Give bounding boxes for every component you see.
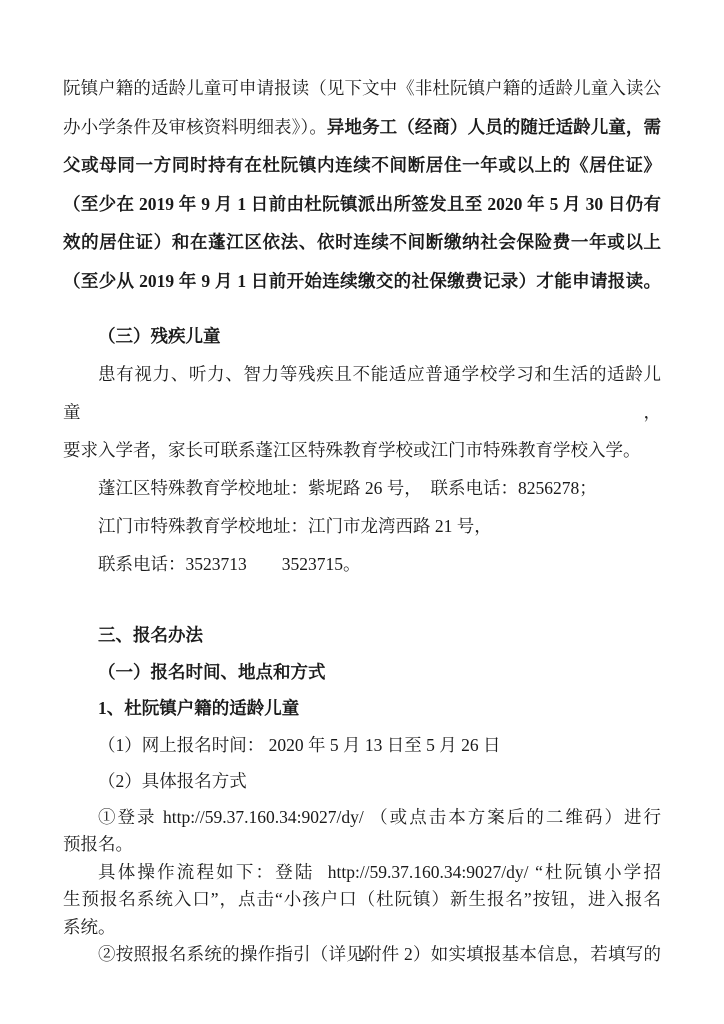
text-line: 办小学条件及审核资料明细表》）。异地务工（经商）人员的随迁适龄儿童，需 [63,108,661,147]
text-line: 江门市特殊教育学校地址：江门市龙湾西路 21 号， [63,507,661,545]
text-line: （至少从 2019 年 9 月 1 日前开始连续缴交的社保缴费记录）才能申请报读… [63,262,661,301]
text-line: （至少在 2019 年 9 月 1 日前由杜阮镇派出所签发且至 2020 年 5… [63,185,661,224]
continuation-paragraph-residence-requirements: 阮镇户籍的适龄儿童可申请报读（见下文中《非杜阮镇户籍的适龄儿童入读公办小学条件及… [63,0,661,300]
text-run: 患有视力、听力、智力等残疾且不能适应普通学校学习和生活的适龄儿童， [63,364,661,422]
text-run: 效的居住证）和在蓬江区依法、依时连续不间断缴纳社会保险费一年或以上 [63,232,661,252]
special-school-contact-info: 蓬江区特殊教育学校地址：紫坭路 26 号， 联系电话：8256278；江门市特殊… [63,469,661,583]
text-line: 联系电话：3523713 3523715。 [63,545,661,583]
text-run: （1）网上报名时间： 2020 年 5 月 13 日至 5 月 26 日 [98,735,501,755]
text-line: 系统。 [63,914,661,942]
text-line: （三）残疾儿童 [63,317,661,355]
text-run: （至少在 2019 年 9 月 1 日前由杜阮镇派出所签发且至 2020 年 5… [63,194,661,214]
text-line: 效的居住证）和在蓬江区依法、依时连续不间断缴纳社会保险费一年或以上 [63,223,661,262]
text-line: 预报名。 [63,831,661,859]
text-run: （至少从 2019 年 9 月 1 日前开始连续缴交的社保缴费记录）才能申请报读… [63,271,661,291]
text-run: 父或母同一方同时持有在杜阮镇内连续不间断居住一年或以上的《居住证》 [63,155,661,175]
document-page: { "page": { "number": "2", "background_c… [0,0,724,1024]
registration-steps-paragraphs: ①登录 http://59.37.160.34:9027/dy/ （或点击本方案… [63,800,661,969]
text-run: 办小学条件及审核资料明细表》）。 [63,117,327,137]
section-3-registration-method-headings: 三、报名办法（一）报名时间、地点和方式1、杜阮镇户籍的适龄儿童（1）网上报名时间… [63,583,661,800]
text-run: 三、报名办法 [98,625,203,645]
text-line: 父或母同一方同时持有在杜阮镇内连续不间断居住一年或以上的《居住证》 [63,146,661,185]
text-run: 生预报名系统入口”，点击“小孩户口（杜阮镇）新生报名”按钮，进入报名 [63,889,661,909]
page-footer: 2 [0,946,724,964]
text-line: （一）报名时间、地点和方式 [63,654,661,691]
text-line: 阮镇户籍的适龄儿童可申请报读（见下文中《非杜阮镇户籍的适龄儿童入读公 [63,69,661,108]
text-run: 1、杜阮镇户籍的适龄儿童 [98,698,299,718]
text-line: 蓬江区特殊教育学校地址：紫坭路 26 号， 联系电话：8256278； [63,469,661,507]
text-line: 患有视力、听力、智力等残疾且不能适应普通学校学习和生活的适龄儿童， [63,355,661,431]
text-line: 1、杜阮镇户籍的适龄儿童 [63,690,661,727]
text-run: （一）报名时间、地点和方式 [98,662,326,682]
text-run: （三）残疾儿童 [98,326,221,346]
section-disabled-children: （三）残疾儿童患有视力、听力、智力等残疾且不能适应普通学校学习和生活的适龄儿童，… [63,300,661,469]
text-run: （2）具体报名方式 [98,771,247,791]
page-number: 2 [358,947,366,963]
text-line: 生预报名系统入口”，点击“小孩户口（杜阮镇）新生报名”按钮，进入报名 [63,886,661,914]
text-run: 要求入学者，家长可联系蓬江区特殊教育学校或江门市特殊教育学校入学。 [63,440,641,460]
text-line: ①登录 http://59.37.160.34:9027/dy/ （或点击本方案… [63,804,661,832]
text-run: ①登录 http://59.37.160.34:9027/dy/ （或点击本方案… [98,807,661,827]
text-line: 三、报名办法 [63,617,661,654]
text-run: 异地务工（经商）人员的随迁适龄儿童，需 [327,117,661,137]
text-run: 预报名。 [63,834,133,854]
text-line: （2）具体报名方式 [63,763,661,800]
text-run: 具体操作流程如下：登陆 http://59.37.160.34:9027/dy/… [98,862,661,882]
text-line: （1）网上报名时间： 2020 年 5 月 13 日至 5 月 26 日 [63,727,661,764]
text-line: 要求入学者，家长可联系蓬江区特殊教育学校或江门市特殊教育学校入学。 [63,431,661,469]
text-run: 阮镇户籍的适龄儿童可申请报读（见下文中《非杜阮镇户籍的适龄儿童入读公 [63,78,661,98]
text-run: 联系电话：3523713 3523715。 [98,554,361,574]
document-body-text: 阮镇户籍的适龄儿童可申请报读（见下文中《非杜阮镇户籍的适龄儿童入读公办小学条件及… [63,0,661,969]
text-run: 系统。 [63,917,116,937]
text-line: 具体操作流程如下：登陆 http://59.37.160.34:9027/dy/… [63,859,661,887]
text-run: 江门市特殊教育学校地址：江门市龙湾西路 21 号， [98,516,492,536]
text-run: 蓬江区特殊教育学校地址：紫坭路 26 号， 联系电话：8256278； [98,478,597,498]
